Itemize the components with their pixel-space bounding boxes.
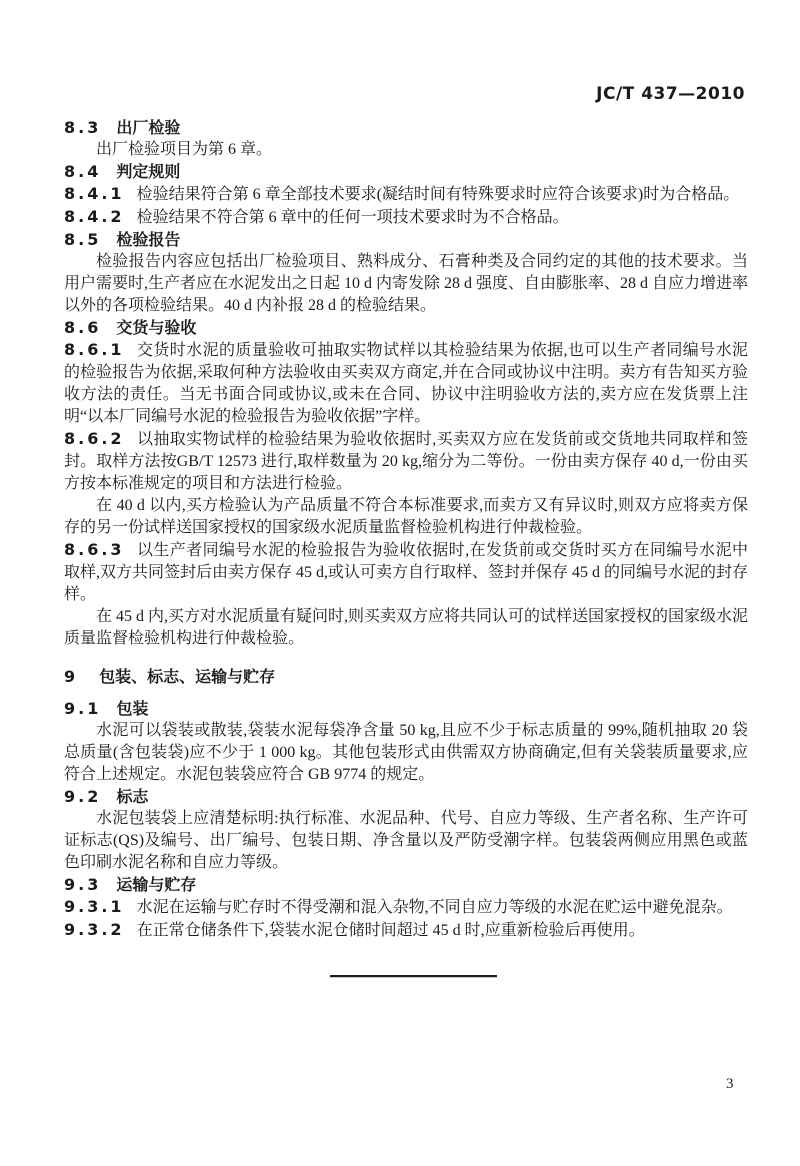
heading-9-2-title: 标志 — [116, 787, 148, 806]
clause-8-6-1: 8.6.1交货时水泥的质量验收可抽取实物试样以其检验结果为依据,也可以生产者同编… — [64, 339, 748, 428]
heading-8-4-number: 8.4 — [64, 162, 101, 181]
heading-9: 9包装、标志、运输与贮存 — [64, 666, 748, 688]
clause-8-4-2-text: 检验结果不符合第 6 章中的任何一项技术要求时为不合格品。 — [137, 209, 569, 226]
clause-9-3-2: 9.3.2在正常仓储条件下,袋装水泥仓储时间超过 45 d 时,应重新检验后再使… — [64, 919, 748, 942]
heading-8-3-number: 8.3 — [64, 118, 101, 137]
clause-9-3-1-text: 水泥在运输与贮存时不得受潮和混入杂物,不同自应力等级的水泥在贮运中避免混杂。 — [137, 899, 733, 916]
clause-8-6-1-text: 交货时水泥的质量验收可抽取实物试样以其检验结果为依据,也可以生产者同编号水泥的检… — [64, 342, 748, 425]
heading-9-1: 9.1包装 — [64, 698, 748, 720]
heading-9-number: 9 — [64, 667, 75, 686]
paragraph-8-6-2-cont: 在 40 d 以内,买方检验认为产品质量不符合本标准要求,而卖方又有异议时,则双… — [64, 495, 748, 539]
document-page: JC/T 437—2010 8.3出厂检验 出厂检验项目为第 6 章。 8.4判… — [0, 0, 800, 1166]
clause-8-4-1-text: 检验结果符合第 6 章全部技术要求(凝结时间有特殊要求时应符合该要求)时为合格品… — [137, 186, 740, 203]
clause-8-4-2: 8.4.2检验结果不符合第 6 章中的任何一项技术要求时为不合格品。 — [64, 206, 748, 229]
paragraph-8-5: 检验报告内容应包括出厂检验项目、熟料成分、石膏种类及合同约定的其他的技术要求。当… — [64, 251, 748, 317]
heading-8-4-title: 判定规则 — [116, 162, 180, 181]
paragraph-8-3: 出厂检验项目为第 6 章。 — [64, 139, 748, 161]
clause-8-4-1: 8.4.1检验结果符合第 6 章全部技术要求(凝结时间有特殊要求时应符合该要求)… — [64, 183, 748, 206]
heading-9-1-title: 包装 — [116, 699, 148, 718]
heading-9-2-number: 9.2 — [64, 787, 101, 806]
heading-9-1-number: 9.1 — [64, 699, 101, 718]
clause-8-6-3-text: 以生产者同编号水泥的检验报告为验收依据时,在发货前或交货时买方在同编号水泥中取样… — [64, 542, 748, 603]
heading-9-3-number: 9.3 — [64, 875, 101, 894]
heading-8-6-number: 8.6 — [64, 318, 101, 337]
heading-8-4: 8.4判定规则 — [64, 161, 748, 183]
clause-8-6-2-number: 8.6.2 — [64, 429, 125, 448]
clause-8-4-2-number: 8.4.2 — [64, 207, 125, 226]
heading-8-5-number: 8.5 — [64, 230, 101, 249]
paragraph-9-2: 水泥包装袋上应清楚标明:执行标准、水泥品种、代号、自应力等级、生产者名称、生产许… — [64, 808, 748, 874]
heading-9-3-title: 运输与贮存 — [116, 875, 196, 894]
clause-9-3-1-number: 9.3.1 — [64, 897, 125, 916]
heading-8-5-title: 检验报告 — [116, 230, 180, 249]
paragraph-9-1: 水泥可以袋装或散装,袋装水泥每袋净含量 50 kg,且应不少于标志质量的 99%… — [64, 720, 748, 786]
heading-9-title: 包装、标志、运输与贮存 — [99, 667, 275, 686]
heading-8-3: 8.3出厂检验 — [64, 117, 748, 139]
paragraph-8-6-3-cont: 在 45 d 内,买方对水泥质量有疑问时,则买卖双方应将共同认可的试样送国家授权… — [64, 606, 748, 650]
clause-8-6-3-number: 8.6.3 — [64, 540, 125, 559]
clause-8-6-1-number: 8.6.1 — [64, 340, 125, 359]
standard-number: JC/T 437—2010 — [596, 84, 745, 104]
heading-9-3: 9.3运输与贮存 — [64, 874, 748, 896]
clause-9-3-2-text: 在正常仓储条件下,袋装水泥仓储时间超过 45 d 时,应重新检验后再使用。 — [137, 922, 645, 939]
clause-9-3-1: 9.3.1水泥在运输与贮存时不得受潮和混入杂物,不同自应力等级的水泥在贮运中避免… — [64, 896, 748, 919]
clause-8-6-2: 8.6.2以抽取实物试样的检验结果为验收依据时,买卖双方应在发货前或交货地共同取… — [64, 428, 748, 495]
document-content: 8.3出厂检验 出厂检验项目为第 6 章。 8.4判定规则 8.4.1检验结果符… — [64, 117, 748, 977]
clause-9-3-2-number: 9.3.2 — [64, 920, 125, 939]
heading-8-6: 8.6交货与验收 — [64, 317, 748, 339]
heading-8-5: 8.5检验报告 — [64, 229, 748, 251]
clause-8-4-1-number: 8.4.1 — [64, 184, 125, 203]
end-of-text-divider — [330, 975, 497, 977]
heading-8-3-title: 出厂检验 — [116, 118, 180, 137]
heading-9-2: 9.2标志 — [64, 786, 748, 808]
page-number: 3 — [726, 1076, 734, 1093]
clause-8-6-2-text: 以抽取实物试样的检验结果为验收依据时,买卖双方应在发货前或交货地共同取样和签封。… — [64, 431, 748, 492]
heading-8-6-title: 交货与验收 — [116, 318, 196, 337]
clause-8-6-3: 8.6.3以生产者同编号水泥的检验报告为验收依据时,在发货前或交货时买方在同编号… — [64, 539, 748, 606]
